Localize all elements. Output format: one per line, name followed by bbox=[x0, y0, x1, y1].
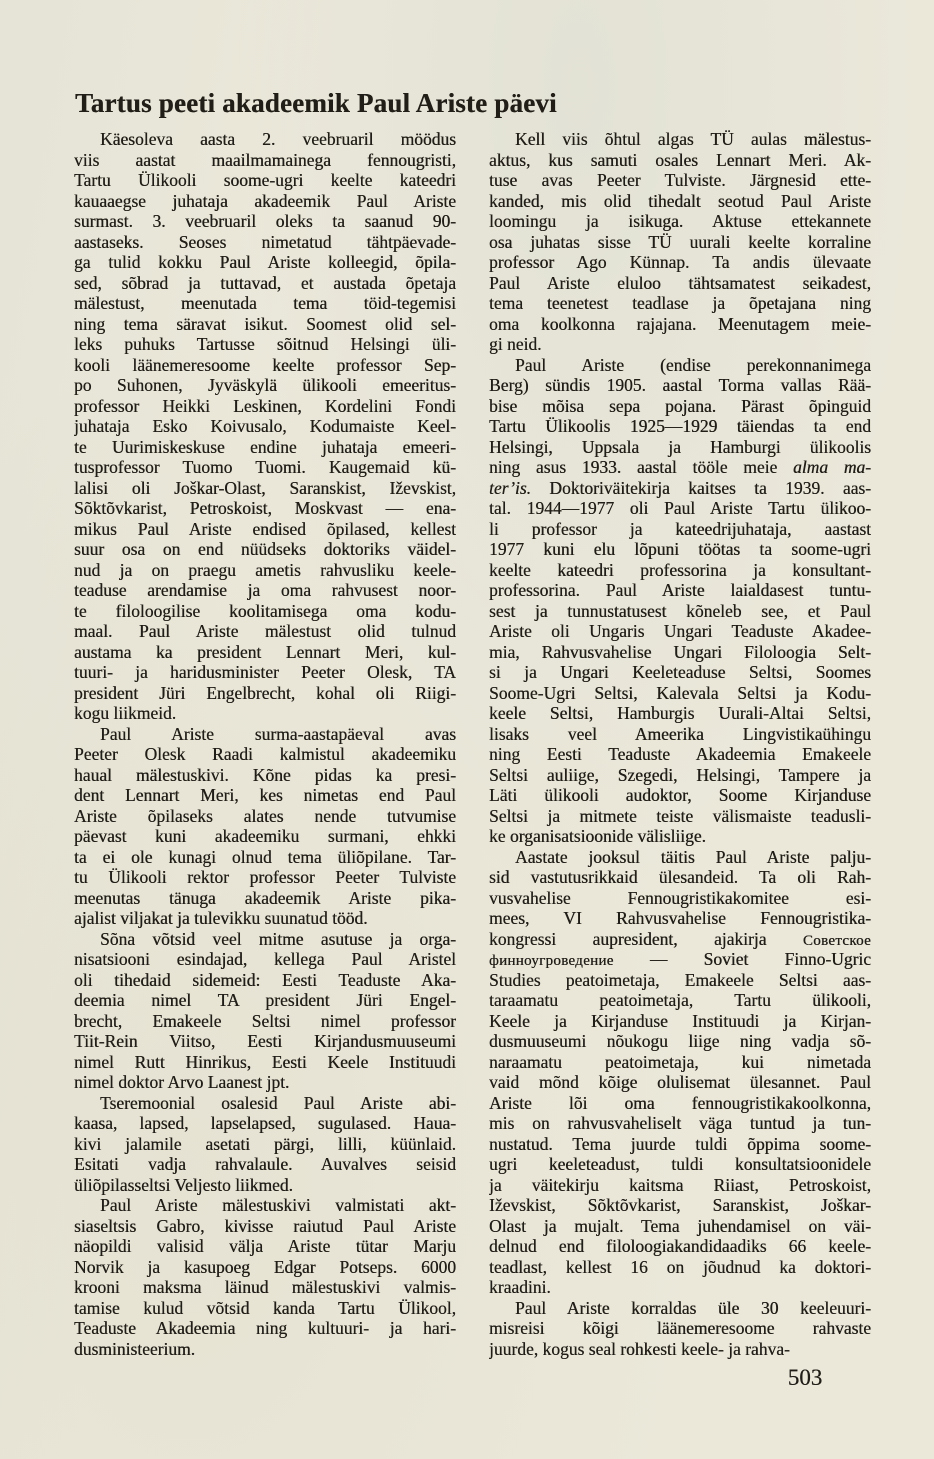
text-line: kongressi aupresident, ajakirja Советско… bbox=[489, 929, 871, 950]
text-line: delnud end filoloogiakandidaadiks 66 kee… bbox=[489, 1236, 871, 1257]
text-line: tema teenetest teadlase ja õpetajana nin… bbox=[489, 293, 871, 314]
text-line: tuuri- ja haridusminister Peeter Olesk, … bbox=[74, 662, 456, 683]
text-line: oma koolkonna rajajana. Meenutagem meie- bbox=[489, 314, 871, 335]
paragraph: Kell viis õhtul algas TÜ aulas mälestus-… bbox=[489, 129, 871, 355]
text-line: dusministeerium. bbox=[74, 1339, 456, 1360]
text-line: nisatsiooni esindajad, kellega Paul Aris… bbox=[74, 949, 456, 970]
text-line: Iževskist, Sõktõvkarist, Saranskist, Još… bbox=[489, 1195, 871, 1216]
text-line: kivi jalamile asetati pärgi, lilli, küün… bbox=[74, 1134, 456, 1155]
text-line: mia, Rahvusvahelise Ungari Filoloogia Se… bbox=[489, 642, 871, 663]
text-line: sid vastutusrikkaid ülesandeid. Ta oli R… bbox=[489, 867, 871, 888]
text-line: ugri keeleteadust, tuldi konsultatsiooni… bbox=[489, 1154, 871, 1175]
text-line: ta ei ole kunagi olnud tema üliõpilane. … bbox=[74, 847, 456, 868]
text-line: haual mälestuskivi. Kõne pidas ka presi- bbox=[74, 765, 456, 786]
text-line: финноугроведение — Soviet Finno-Ugric bbox=[489, 949, 871, 970]
text-line: leks puhuks Tartusse sõitnud Helsingi ül… bbox=[74, 334, 456, 355]
text-line: Läti ülikooli audoktor, Soome Kirjanduse bbox=[489, 785, 871, 806]
text-line: Norvik ja kasupoeg Edgar Potseps. 6000 bbox=[74, 1257, 456, 1278]
text-line: Studies peatoimetaja, Emakeele Seltsi aa… bbox=[489, 970, 871, 991]
text-line: tu Ülikooli rektor professor Peeter Tulv… bbox=[74, 867, 456, 888]
text-line: lisaks veel Ameerika Lingvistikaühingu bbox=[489, 724, 871, 745]
text-line: austama ka president Lennart Meri, kul- bbox=[74, 642, 456, 663]
text-line: ning tema säravat isikut. Soomest olid s… bbox=[74, 314, 456, 335]
text-line: ajalist viljakat ja tulevikku suunatud t… bbox=[74, 908, 456, 929]
text-line: krooni maksma läinud mälestuskivi valmis… bbox=[74, 1277, 456, 1298]
text-line: Sõna võtsid veel mitme asutuse ja orga- bbox=[74, 929, 456, 950]
text-line: professor Ago Künnap. Ta andis ülevaate bbox=[489, 252, 871, 273]
text-line: brecht, Emakeele Seltsi nimel professor bbox=[74, 1011, 456, 1032]
text-line: aastaseks. Seoses nimetatud tähtpäevade- bbox=[74, 232, 456, 253]
scanned-page: Tartus peeti akadeemik Paul Ariste päevi… bbox=[0, 0, 934, 1459]
text-line: suur osa on end nüüdseks doktoriks väide… bbox=[74, 539, 456, 560]
cyrillic-text: Советское bbox=[803, 933, 871, 949]
text-line: maal. Paul Ariste mälestust olid tulnud bbox=[74, 621, 456, 642]
paragraph: Sõna võtsid veel mitme asutuse ja orga-n… bbox=[74, 929, 456, 1093]
text-line: mälestust, meenutada tema töid-tegemisi bbox=[74, 293, 456, 314]
text-line: tuse avas Peeter Tulviste. Järgnesid ett… bbox=[489, 170, 871, 191]
text-line: vusvahelise Fennougristikakomitee esi- bbox=[489, 888, 871, 909]
text-line: ke organisatsioonide välisliige. bbox=[489, 826, 871, 847]
text-line: päevast kuni akadeemiku surmani, ehkki bbox=[74, 826, 456, 847]
text-line: sest ja tunnustatusest kõneleb see, et P… bbox=[489, 601, 871, 622]
italic-text: alma ma- bbox=[793, 457, 871, 477]
text-line: keelte kateedri professorina ja konsulta… bbox=[489, 560, 871, 581]
text-line: Tiit-Rein Viitso, Eesti Kirjandusmuuseum… bbox=[74, 1031, 456, 1052]
text-line: Teaduste Akadeemia ning kultuuri- ja har… bbox=[74, 1318, 456, 1339]
text-line: aktus, kus samuti osales Lennart Meri. A… bbox=[489, 150, 871, 171]
text-line: tusprofessor Tuomo Tuomi. Kaugemaid kü- bbox=[74, 457, 456, 478]
paragraph: Paul Ariste korraldas üle 30 keeleuuri-m… bbox=[489, 1298, 871, 1360]
text-line: Tartu Ülikoolis 1925—1929 täiendas ta en… bbox=[489, 416, 871, 437]
text-line: ja väitekirju kaitsma Riiast, Petroskois… bbox=[489, 1175, 871, 1196]
text-line: president Jüri Engelbrecht, kohal oli Ri… bbox=[74, 683, 456, 704]
paragraph: Paul Ariste (endise perekonnanimegaBerg)… bbox=[489, 355, 871, 847]
paragraph: Paul Ariste mälestuskivi valmistati akt-… bbox=[74, 1195, 456, 1359]
text-line: li professor ja kateedrijuhataja, aastas… bbox=[489, 519, 871, 540]
text-line: Tartu Ülikooli soome-ugri keelte kateedr… bbox=[74, 170, 456, 191]
text-line: Seltsi auliige, Szegedi, Helsingi, Tampe… bbox=[489, 765, 871, 786]
cyrillic-text: финноугроведение bbox=[489, 953, 614, 969]
text-line: Esitati vadja rahvalaule. Auvalves seisi… bbox=[74, 1154, 456, 1175]
text-line: Seltsi ja mitmete teiste välismaiste tea… bbox=[489, 806, 871, 827]
text-line: juurde, kogus seal rohkesti keele- ja ra… bbox=[489, 1339, 871, 1360]
text-line: osa juhatas sisse TÜ uurali keelte korra… bbox=[489, 232, 871, 253]
text-line: Käesoleva aasta 2. veebruaril möödus bbox=[74, 129, 456, 150]
text-line: näopildi valisid välja Ariste tütar Marj… bbox=[74, 1236, 456, 1257]
text-line: bise mõisa sepa pojana. Pärast õpinguid bbox=[489, 396, 871, 417]
text-line: kooli läänemeresoome keelte professor Se… bbox=[74, 355, 456, 376]
text-line: ter’is. Doktoriväitekirja kaitses ta 193… bbox=[489, 478, 871, 499]
text-line: keele Seltsi, Hamburgis Uurali-Altai Sel… bbox=[489, 703, 871, 724]
text-line: nud ja on praegu ametis rahvusliku keele… bbox=[74, 560, 456, 581]
text-line: nustatud. Tema juurde tuldi õppima soome… bbox=[489, 1134, 871, 1155]
text-line: Paul Ariste korraldas üle 30 keeleuuri- bbox=[489, 1298, 871, 1319]
text-line: professorina. Paul Ariste laialdasest tu… bbox=[489, 580, 871, 601]
text-line: siaseltsis Gabro, kivisse raiutud Paul A… bbox=[74, 1216, 456, 1237]
text-line: Helsingi, Uppsala ja Hamburgi ülikoolis bbox=[489, 437, 871, 458]
text-line: kraadini. bbox=[489, 1277, 871, 1298]
article-title: Tartus peeti akadeemik Paul Ariste päevi bbox=[75, 87, 557, 119]
text-line: mees, VI Rahvusvahelise Fennougristika- bbox=[489, 908, 871, 929]
text-line: Sõktõvkarist, Petroskoist, Moskvast — en… bbox=[74, 498, 456, 519]
text-line: po Suhonen, Jyväskylä ülikooli emeeritus… bbox=[74, 375, 456, 396]
text-line: tal. 1944—1977 oli Paul Ariste Tartu üli… bbox=[489, 498, 871, 519]
text-line: Tseremoonial osalesid Paul Ariste abi- bbox=[74, 1093, 456, 1114]
text-line: kanded, mis olid tihedalt seotud Paul Ar… bbox=[489, 191, 871, 212]
text-line: Peeter Olesk Raadi kalmistul akadeemiku bbox=[74, 744, 456, 765]
text-line: 1977 kuni elu lõpuni töötas ta soome-ugr… bbox=[489, 539, 871, 560]
text-line: juhataja Esko Koivusalo, Kodumaiste Keel… bbox=[74, 416, 456, 437]
text-line: deemia nimel TA president Jüri Engel- bbox=[74, 990, 456, 1011]
text-line: tamise kulud võtsid kanda Tartu Ülikool, bbox=[74, 1298, 456, 1319]
text-line: kogu liikmeid. bbox=[74, 703, 456, 724]
text-line: Ariste oli Ungaris Ungari Teaduste Akade… bbox=[489, 621, 871, 642]
text-line: vaid mõnd kõige olulisemat ülesannet. Pa… bbox=[489, 1072, 871, 1093]
text-line: kauaaegse juhataja akadeemik Paul Ariste bbox=[74, 191, 456, 212]
text-line: dent Lennart Meri, kes nimetas end Paul bbox=[74, 785, 456, 806]
text-line: Kell viis õhtul algas TÜ aulas mälestus- bbox=[489, 129, 871, 150]
text-line: te filoloogilise koolitamisega oma kodu- bbox=[74, 601, 456, 622]
text-line: mikus Paul Ariste endised õpilased, kell… bbox=[74, 519, 456, 540]
text-column-right: Kell viis õhtul algas TÜ aulas mälestus-… bbox=[489, 129, 871, 1359]
text-line: misreisi kõigi läänemeresoome rahvaste bbox=[489, 1318, 871, 1339]
text-line: meenutas tänuga akadeemik Ariste pika- bbox=[74, 888, 456, 909]
text-line: Berg) sündis 1905. aastal Torma vallas R… bbox=[489, 375, 871, 396]
text-line: naraamatu peatoimetaja, kui nimetada bbox=[489, 1052, 871, 1073]
text-line: mis on rahvusvaheliselt väga tuntud ja t… bbox=[489, 1113, 871, 1134]
paragraph: Paul Ariste surma-aastapäeval avasPeeter… bbox=[74, 724, 456, 929]
paragraph: Käesoleva aasta 2. veebruaril möödusviis… bbox=[74, 129, 456, 724]
text-line: dusmuuseumi nõukogu liige ning vadja sõ- bbox=[489, 1031, 871, 1052]
text-line: Paul Ariste (endise perekonnanimega bbox=[489, 355, 871, 376]
text-line: Paul Ariste mälestuskivi valmistati akt- bbox=[74, 1195, 456, 1216]
text-line: loomingu ja isikuga. Aktuse ettekannete bbox=[489, 211, 871, 232]
text-line: nimel Rutt Hinrikus, Eesti Keele Institu… bbox=[74, 1052, 456, 1073]
text-line: Paul Ariste surma-aastapäeval avas bbox=[74, 724, 456, 745]
text-line: si ja Ungari Keeleteaduse Seltsi, Soomes bbox=[489, 662, 871, 683]
text-column-left: Käesoleva aasta 2. veebruaril möödusviis… bbox=[74, 129, 456, 1359]
paragraph: Tseremoonial osalesid Paul Ariste abi-ka… bbox=[74, 1093, 456, 1196]
text-line: Olast ja mujalt. Tema juhendamisel on vä… bbox=[489, 1216, 871, 1237]
text-line: Keele ja Kirjanduse Instituudi ja Kirjan… bbox=[489, 1011, 871, 1032]
text-line: Paul Ariste eluloo tähtsamatest seikades… bbox=[489, 273, 871, 294]
text-line: kaasa, lapsed, lapselapsed, sugulased. H… bbox=[74, 1113, 456, 1134]
text-line: Ariste lõi oma fennougristikakoolkonna, bbox=[489, 1093, 871, 1114]
text-line: nimel doktor Arvo Laanest jpt. bbox=[74, 1072, 456, 1093]
text-line: Soome-Ugri Seltsi, Kalevala Seltsi ja Ko… bbox=[489, 683, 871, 704]
text-line: ga tulid kokku Paul Ariste kolleegid, õp… bbox=[74, 252, 456, 273]
text-line: ning asus 1933. aastal tööle meie alma m… bbox=[489, 457, 871, 478]
text-line: teadlast, kellest 16 on jõudnud ka dokto… bbox=[489, 1257, 871, 1278]
text-line: viis aastat maailmamainega fennougristi, bbox=[74, 150, 456, 171]
text-line: Ariste õpilaseks alates nende tutvumise bbox=[74, 806, 456, 827]
text-line: professor Heikki Leskinen, Kordelini Fon… bbox=[74, 396, 456, 417]
text-line: lalisi oli Joškar-Olast, Saranskist, Iže… bbox=[74, 478, 456, 499]
paragraph: Aastate jooksul täitis Paul Ariste palju… bbox=[489, 847, 871, 1298]
text-line: üliõpilasseltsi Veljesto liikmed. bbox=[74, 1175, 456, 1196]
text-line: oli tihedaid sidemeid: Eesti Teaduste Ak… bbox=[74, 970, 456, 991]
page-number: 503 bbox=[739, 1364, 871, 1392]
text-line: surmast. 3. veebruaril oleks ta saanud 9… bbox=[74, 211, 456, 232]
text-line: ning Eesti Teaduste Akadeemia Emakeele bbox=[489, 744, 871, 765]
text-line: te Uurimiskeskuse endine juhataja emeeri… bbox=[74, 437, 456, 458]
italic-text: ter’is. bbox=[489, 478, 531, 498]
text-line: gi neid. bbox=[489, 334, 871, 355]
text-line: sed, sõbrad ja tuttavad, et austada õpet… bbox=[74, 273, 456, 294]
text-line: teaduse arendamise ja oma rahvusest noor… bbox=[74, 580, 456, 601]
text-line: taraamatu peatoimetaja, Tartu ülikooli, bbox=[489, 990, 871, 1011]
text-line: Aastate jooksul täitis Paul Ariste palju… bbox=[489, 847, 871, 868]
